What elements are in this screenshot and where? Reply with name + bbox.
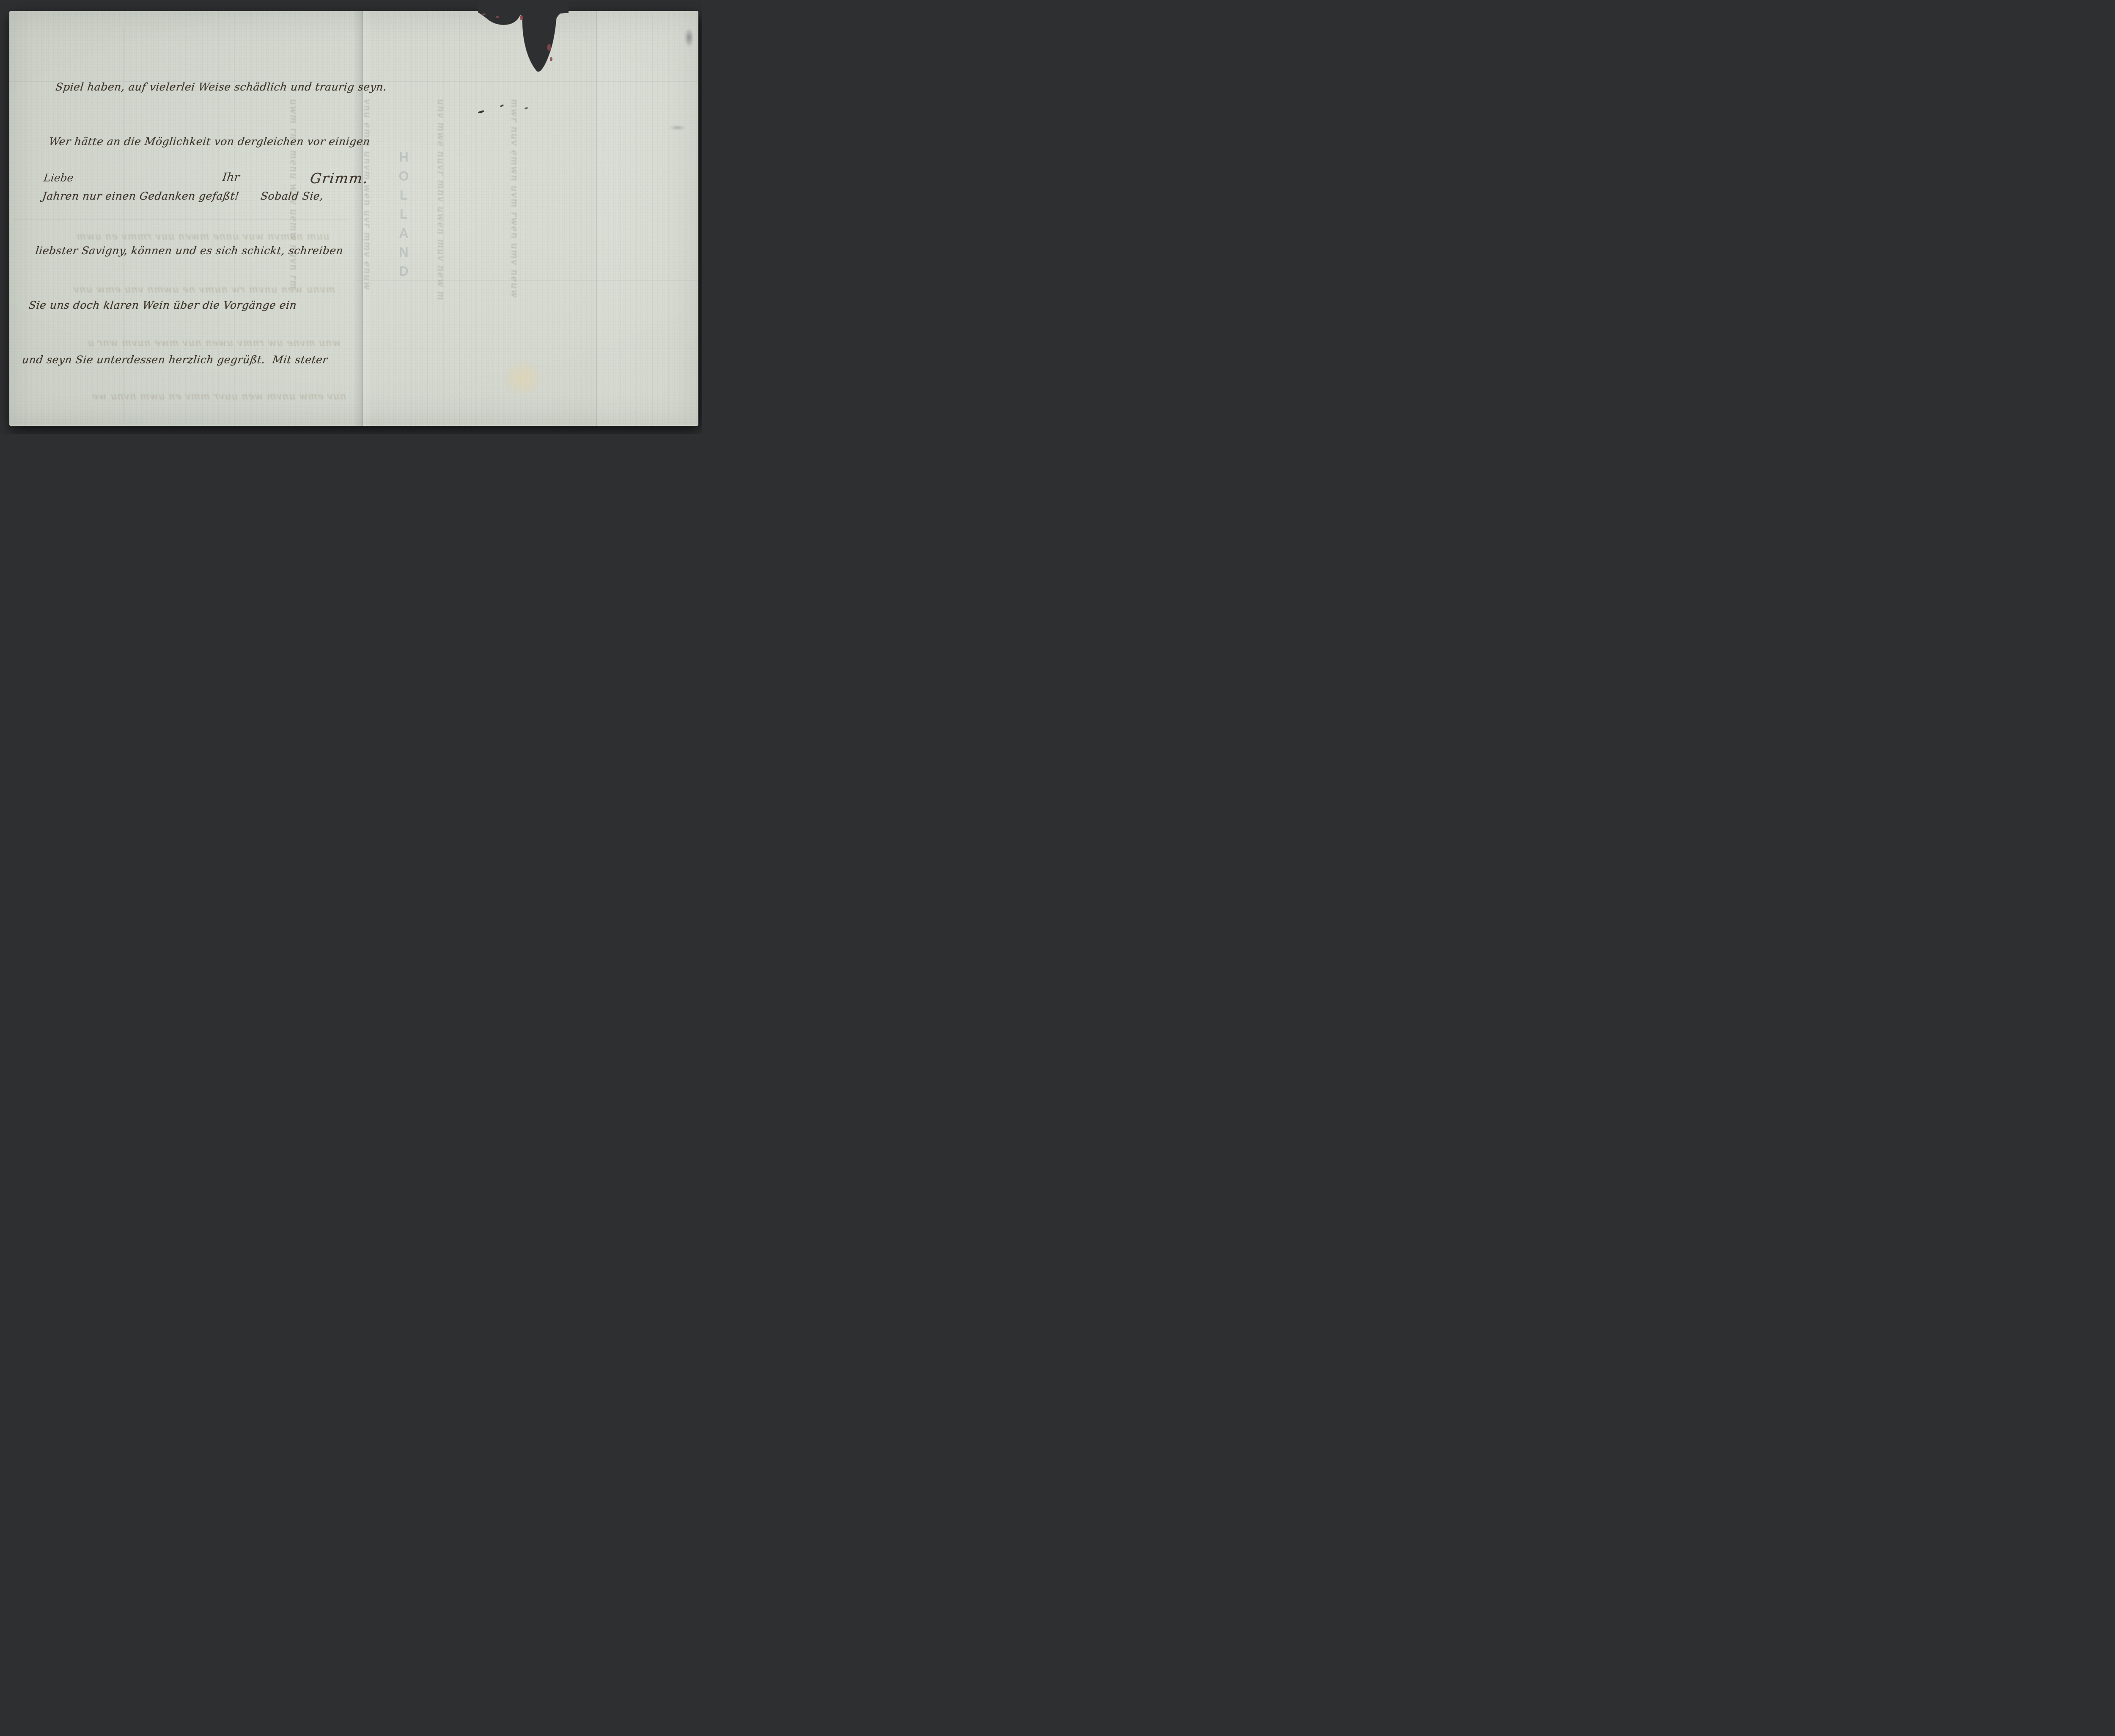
wax-seal-residue-patch xyxy=(503,360,542,396)
scanned-letter-photograph: { "document": { "kind": "Handwritten let… xyxy=(0,0,702,434)
showthrough-column: mwr nuv emwn uvm rwen umv neuw xyxy=(502,99,526,260)
letter-sheet: Spiel haben, auf vielerlei Weise schädli… xyxy=(9,11,698,426)
showthrough-line: nuv emw unvm wen uuvr mmv en uwm nvnu we xyxy=(9,387,347,405)
right-flap-panel xyxy=(597,11,698,426)
red-wax-trace xyxy=(520,15,523,20)
handwritten-line: Spiel haben, auf vielerlei Weise schädli… xyxy=(55,78,372,96)
showthrough-line: mvnu wen unvm rw numv ne uwmn vnu emw un… xyxy=(0,281,336,299)
red-wax-trace xyxy=(496,16,499,18)
dark-smudge xyxy=(669,125,686,130)
ink-speck xyxy=(478,110,485,114)
horizontal-fold-crease xyxy=(9,36,348,36)
red-wax-trace xyxy=(482,14,486,16)
address-showthrough-right-page: mwr nuv emwn uvm rwen umv neuw unv mwe n… xyxy=(448,99,575,260)
right-fold-crease xyxy=(596,11,597,426)
signature-grimm: Grimm. xyxy=(309,170,370,186)
dark-smudge xyxy=(684,28,694,47)
ink-speck xyxy=(500,104,504,107)
handwritten-line: Wer hätte an die Möglichkeit von derglei… xyxy=(48,132,365,151)
letter-closing: Liebe Ihr Grimm. xyxy=(37,170,362,195)
showthrough-line: uum numvn wuv unne mwen uuv rmmv en uwm xyxy=(0,228,330,245)
showthrough-columns: mwr nuv emwn uvm rwen umv neuw unv mwe n… xyxy=(448,99,575,260)
holland-watermark: HOLLAND xyxy=(389,150,411,293)
valediction: Ihr xyxy=(222,171,241,184)
red-wax-trace xyxy=(550,57,552,61)
ink-speck xyxy=(525,107,528,110)
torn-seal-hole xyxy=(478,0,569,83)
showthrough-column: unv mwe nuvr mnv uwen muv new m xyxy=(428,99,453,260)
showthrough-line: wnu mvne uw rnmv uwen nuv mwe nuvm wnr u xyxy=(3,334,341,352)
red-wax-trace xyxy=(547,44,551,51)
horizontal-fold-crease xyxy=(360,403,698,403)
closing-word: Liebe xyxy=(43,172,74,184)
